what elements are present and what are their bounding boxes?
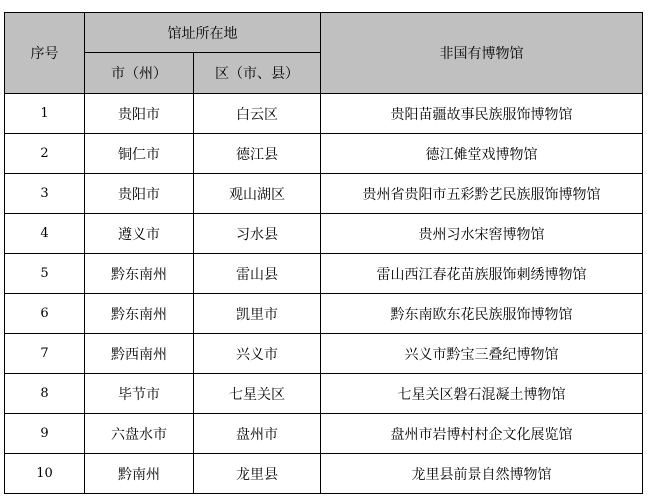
cell-seq: 7 — [5, 334, 85, 374]
table-row: 10 黔南州 龙里县 龙里县前景自然博物馆 — [5, 454, 643, 494]
cell-seq: 10 — [5, 454, 85, 494]
table-row: 2 铜仁市 德江县 德江傩堂戏博物馆 — [5, 134, 643, 174]
cell-museum: 贵阳苗疆故事民族服饰博物馆 — [321, 94, 643, 134]
header-seq: 序号 — [5, 13, 85, 94]
cell-city: 黔东南州 — [85, 254, 194, 294]
cell-museum: 贵州省贵阳市五彩黔艺民族服饰博物馆 — [321, 174, 643, 214]
header-museum: 非国有博物馆 — [321, 13, 643, 94]
cell-seq: 6 — [5, 294, 85, 334]
cell-seq: 3 — [5, 174, 85, 214]
cell-seq: 1 — [5, 94, 85, 134]
cell-city: 铜仁市 — [85, 134, 194, 174]
cell-district: 德江县 — [194, 134, 321, 174]
cell-seq: 5 — [5, 254, 85, 294]
cell-museum: 盘州市岩博村村企文化展览馆 — [321, 414, 643, 454]
cell-city: 黔东南州 — [85, 294, 194, 334]
cell-museum: 贵州习水宋窖博物馆 — [321, 214, 643, 254]
cell-district: 盘州市 — [194, 414, 321, 454]
table-row: 1 贵阳市 白云区 贵阳苗疆故事民族服饰博物馆 — [5, 94, 643, 134]
cell-district: 习水县 — [194, 214, 321, 254]
cell-seq: 4 — [5, 214, 85, 254]
table-row: 8 毕节市 七星关区 七星关区磐石混凝土博物馆 — [5, 374, 643, 414]
cell-district: 兴义市 — [194, 334, 321, 374]
cell-museum: 雷山西江春花苗族服饰刺绣博物馆 — [321, 254, 643, 294]
cell-seq: 9 — [5, 414, 85, 454]
cell-museum: 七星关区磐石混凝土博物馆 — [321, 374, 643, 414]
cell-city: 毕节市 — [85, 374, 194, 414]
cell-seq: 8 — [5, 374, 85, 414]
cell-museum: 德江傩堂戏博物馆 — [321, 134, 643, 174]
cell-museum: 黔东南欧东花民族服饰博物馆 — [321, 294, 643, 334]
table-row: 4 遵义市 习水县 贵州习水宋窖博物馆 — [5, 214, 643, 254]
header-city: 市（州） — [85, 53, 194, 94]
cell-city: 遵义市 — [85, 214, 194, 254]
cell-district: 白云区 — [194, 94, 321, 134]
cell-city: 贵阳市 — [85, 174, 194, 214]
cell-museum: 兴义市黔宝三叠纪博物馆 — [321, 334, 643, 374]
cell-seq: 2 — [5, 134, 85, 174]
cell-city: 六盘水市 — [85, 414, 194, 454]
cell-city: 黔南州 — [85, 454, 194, 494]
table-row: 7 黔西南州 兴义市 兴义市黔宝三叠纪博物馆 — [5, 334, 643, 374]
cell-district: 观山湖区 — [194, 174, 321, 214]
cell-district: 七星关区 — [194, 374, 321, 414]
museum-table: 序号 馆址所在地 非国有博物馆 市（州） 区（市、县） 1 贵阳市 白云区 贵阳… — [4, 12, 643, 494]
table-row: 6 黔东南州 凯里市 黔东南欧东花民族服饰博物馆 — [5, 294, 643, 334]
header-location-group: 馆址所在地 — [85, 13, 321, 53]
cell-district: 雷山县 — [194, 254, 321, 294]
table-row: 3 贵阳市 观山湖区 贵州省贵阳市五彩黔艺民族服饰博物馆 — [5, 174, 643, 214]
cell-city: 贵阳市 — [85, 94, 194, 134]
table-row: 5 黔东南州 雷山县 雷山西江春花苗族服饰刺绣博物馆 — [5, 254, 643, 294]
header-district: 区（市、县） — [194, 53, 321, 94]
table-row: 9 六盘水市 盘州市 盘州市岩博村村企文化展览馆 — [5, 414, 643, 454]
cell-district: 龙里县 — [194, 454, 321, 494]
cell-district: 凯里市 — [194, 294, 321, 334]
cell-museum: 龙里县前景自然博物馆 — [321, 454, 643, 494]
cell-city: 黔西南州 — [85, 334, 194, 374]
